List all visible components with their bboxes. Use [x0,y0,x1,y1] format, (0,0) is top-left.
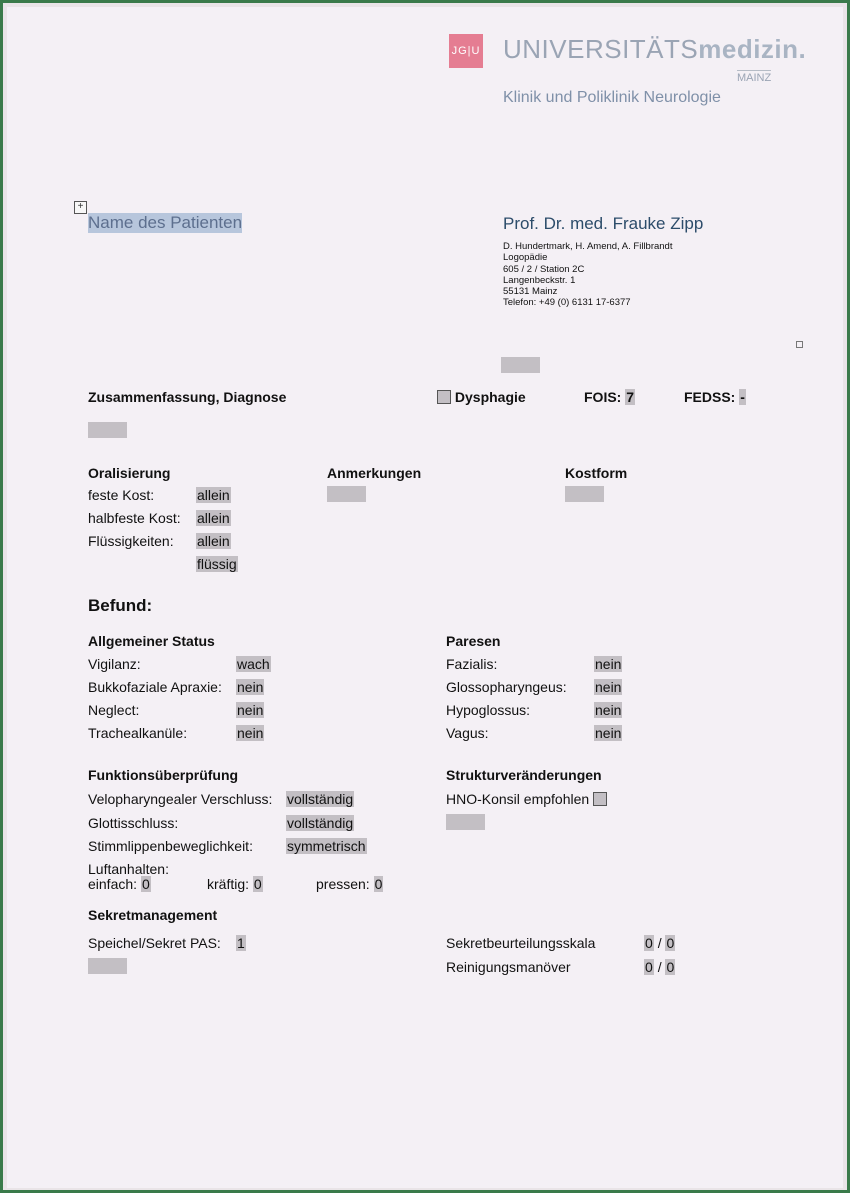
befund-heading: Befund: [88,596,152,616]
paresis-value[interactable]: nein [594,702,622,718]
breath-value[interactable]: 0 [253,876,263,892]
general-value[interactable]: nein [236,702,264,718]
dysphagia-label: Dysphagie [455,389,526,405]
breath-label: pressen: [316,876,370,892]
cleaning-value-b[interactable]: 0 [665,959,675,975]
function-label: Glottisschluss: [88,815,178,831]
address-line: Langenbeckstr. 1 [503,275,672,286]
separator: / [658,959,662,975]
notes-heading: Anmerkungen [327,465,421,481]
logo-word-bold: medizin. [698,34,806,64]
cleaning-label: Reinigungsmanöver [446,959,571,975]
dysphagia-row: Dysphagie [437,389,526,405]
function-heading: Funktionsüberprüfung [88,767,238,783]
general-label: Vigilanz: [88,656,141,672]
secretion-notes-field[interactable] [88,958,127,974]
diet-heading: Kostform [565,465,627,481]
oral-label: feste Kost: [88,487,154,503]
paresis-value[interactable]: nein [594,679,622,695]
oral-value[interactable]: allein [196,510,231,526]
general-value[interactable]: wach [236,656,271,672]
paresis-heading: Paresen [446,633,500,649]
breath-label: kräftig: [207,876,249,892]
breath-simple: einfach: 0 [88,876,151,892]
fedss-value[interactable]: - [739,389,746,405]
function-label: Velopharyngealer Verschluss: [88,791,272,807]
cleaning-values: 0 / 0 [644,959,675,975]
clinic-name: Klinik und Poliklinik Neurologie [503,89,721,107]
breath-press: pressen: 0 [316,876,383,892]
general-value[interactable]: nein [236,679,264,695]
general-status-heading: Allgemeiner Status [88,633,215,649]
paresis-label: Hypoglossus: [446,702,530,718]
cleaning-value-a[interactable]: 0 [644,959,654,975]
sender-title: Prof. Dr. med. Frauke Zipp [503,214,703,234]
anchor-icon[interactable] [796,341,803,348]
diagnosis-field[interactable] [88,422,127,438]
general-label: Neglect: [88,702,139,718]
oral-value[interactable]: allein [196,533,231,549]
structure-heading: Strukturveränderungen [446,767,602,783]
fois-label: FOIS: [584,389,621,405]
ent-consult-label: HNO-Konsil empfohlen [446,791,589,807]
sender-address: D. Hundertmark, H. Amend, A. Fillbrandt … [503,241,672,309]
paresis-value[interactable]: nein [594,725,622,741]
pas-value[interactable]: 1 [236,935,246,951]
function-value[interactable]: vollständig [286,815,354,831]
function-value[interactable]: vollständig [286,791,354,807]
address-line: Logopädie [503,252,672,263]
address-line: 55131 Mainz [503,286,672,297]
function-label: Stimmlippenbeweglichkeit: [88,838,253,854]
general-label: Trachealkanüle: [88,725,187,741]
scale-value-b[interactable]: 0 [665,935,675,951]
pas-label: Speichel/Sekret PAS: [88,935,221,951]
general-label: Bukkofaziale Apraxie: [88,679,222,695]
jgu-logo: JG|U [449,34,483,68]
breath-hold-label: Luftanhalten: [88,861,169,877]
paresis-label: Fazialis: [446,656,497,672]
ent-consult-row: HNO-Konsil empfohlen [446,791,607,807]
fedss-label: FEDSS: [684,389,735,405]
fedss-row: FEDSS: - [684,389,746,405]
logo-city: MAINZ [737,70,771,84]
patient-name-field[interactable]: Name des Patienten [88,213,242,233]
general-value[interactable]: nein [236,725,264,741]
breath-strong: kräftig: 0 [207,876,263,892]
dysphagia-checkbox[interactable] [437,390,451,404]
scale-value-a[interactable]: 0 [644,935,654,951]
breath-label: einfach: [88,876,137,892]
structure-notes-field[interactable] [446,814,485,830]
separator: / [658,935,662,951]
breath-value[interactable]: 0 [374,876,384,892]
paresis-value[interactable]: nein [594,656,622,672]
summary-heading: Zusammenfassung, Diagnose [88,389,286,405]
oral-label: Flüssigkeiten: [88,533,174,549]
oral-heading: Oralisierung [88,465,170,481]
paresis-label: Glossopharyngeus: [446,679,567,695]
ent-consult-checkbox[interactable] [593,792,607,806]
diet-field[interactable] [565,486,604,502]
logo-word-light: UNIVERSITÄTS [503,34,698,64]
secretion-scale-values: 0 / 0 [644,935,675,951]
address-line: D. Hundertmark, H. Amend, A. Fillbrandt [503,241,672,252]
university-logo-text: UNIVERSITÄTSmedizin. [503,34,806,65]
address-line: 605 / 2 / Station 2C [503,264,672,275]
function-value[interactable]: symmetrisch [286,838,367,854]
fois-value[interactable]: 7 [625,389,635,405]
oral-value[interactable]: allein [196,487,231,503]
table-move-handle-icon[interactable]: + [74,201,87,214]
notes-field[interactable] [327,486,366,502]
secretion-scale-label: Sekretbeurteilungsskala [446,935,595,951]
secretion-heading: Sekretmanagement [88,907,217,923]
oral-label: halbfeste Kost: [88,510,181,526]
oral-value[interactable]: flüssig [196,556,238,572]
breath-value[interactable]: 0 [141,876,151,892]
date-field[interactable] [501,357,540,373]
address-line: Telefon: +49 (0) 6131 17-6377 [503,297,672,308]
paresis-label: Vagus: [446,725,489,741]
fois-row: FOIS: 7 [584,389,635,405]
